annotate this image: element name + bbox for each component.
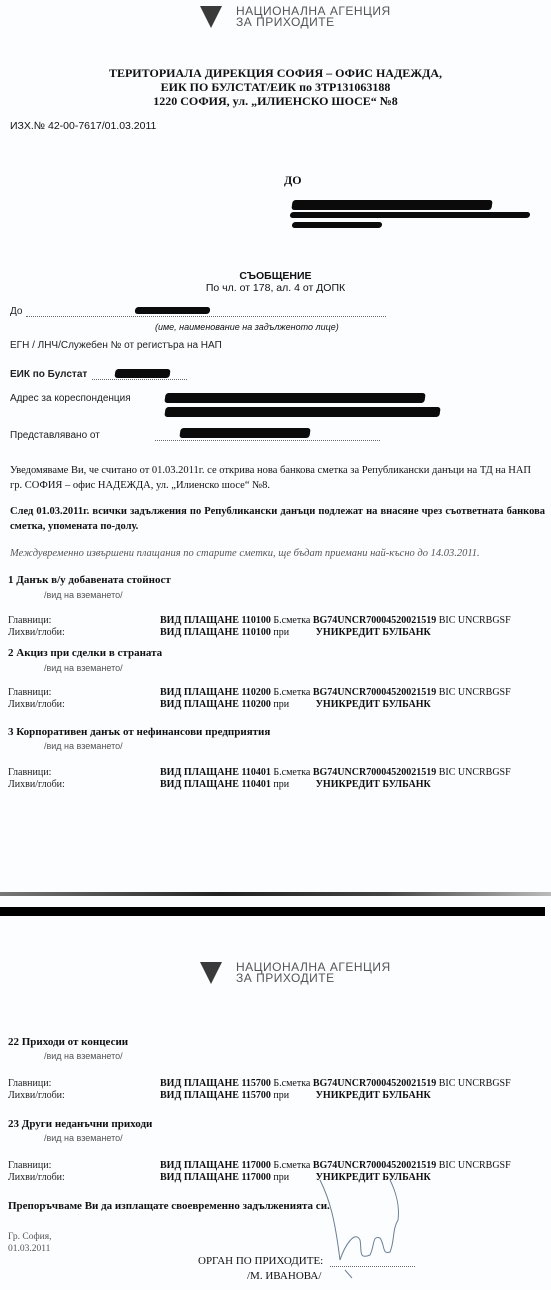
kind-hint: /вид на вземането/ xyxy=(44,1051,123,1061)
field-to-hint: (име, наименование на задълженото лице) xyxy=(155,322,339,332)
interest-payment-line: ВИД ПЛАЩАНЕ 110200 при УНИКРЕДИТ БУЛБАНК xyxy=(160,699,431,710)
kind-hint: /вид на вземането/ xyxy=(44,1133,123,1143)
body-paragraph-1: Уведомяваме Ви, че считано от 01.03.2011… xyxy=(10,463,545,493)
interest-payment-line: ВИД ПЛАЩАНЕ 115700 при УНИКРЕДИТ БУЛБАНК xyxy=(160,1090,431,1101)
agency-logo-page-2: НАЦИОНАЛНА АГЕНЦИЯ ЗА ПРИХОДИТЕ xyxy=(200,962,391,984)
kind-hint: /вид на вземането/ xyxy=(44,590,123,600)
section-title: 1 Данък в/у добавената стойност xyxy=(8,574,171,586)
agency-logo: НАЦИОНАЛНА АГЕНЦИЯ ЗА ПРИХОДИТЕ xyxy=(200,6,391,28)
closing-recommendation: Препоръчваме Ви да изплащате своевременн… xyxy=(8,1200,330,1212)
page-edge-shadow xyxy=(0,892,551,896)
redacted-address-line2 xyxy=(164,407,440,417)
section-title: 22 Приходи от концесии xyxy=(8,1036,128,1048)
redacted-recipient-line2 xyxy=(292,222,383,228)
agency-name: НАЦИОНАЛНА АГЕНЦИЯ ЗА ПРИХОДИТЕ xyxy=(236,962,391,984)
principal-label: Главници: xyxy=(8,1160,51,1171)
interest-label: Лихви/глоби: xyxy=(8,1172,65,1183)
section-title: 23 Други неданъчни приходи xyxy=(8,1118,152,1130)
field-to-label: До xyxy=(10,306,22,317)
body-paragraph-2: След 01.03.2011г. всички задължения по Р… xyxy=(10,504,545,534)
redacted-name xyxy=(135,307,211,314)
recipient-to-label: ДО xyxy=(284,173,302,188)
nra-triangle-logo-icon xyxy=(200,6,222,28)
field-eik-label: ЕИК по Булстат xyxy=(10,369,87,380)
section-title: 2 Акциз при сделки в страната xyxy=(8,647,162,659)
redacted-address xyxy=(164,393,425,403)
principal-label: Главници: xyxy=(8,767,51,778)
field-represented-label: Представлявано от xyxy=(10,430,100,441)
principal-label: Главници: xyxy=(8,687,51,698)
handwritten-signature xyxy=(300,1160,410,1285)
interest-payment-line: ВИД ПЛАЩАНЕ 110100 при УНИКРЕДИТ БУЛБАНК xyxy=(160,627,431,638)
agency-name: НАЦИОНАЛНА АГЕНЦИЯ ЗА ПРИХОДИТЕ xyxy=(236,6,391,28)
interest-label: Лихви/глоби: xyxy=(8,699,65,710)
page-separator xyxy=(0,907,545,916)
place-date: Гр. София, 01.03.2011 xyxy=(8,1231,51,1255)
redacted-recipient-line xyxy=(290,212,531,218)
kind-hint: /вид на вземането/ xyxy=(44,741,123,751)
principal-label: Главници: xyxy=(8,615,51,626)
redacted-eik xyxy=(114,369,170,378)
nra-triangle-logo-icon xyxy=(200,962,222,984)
notice-heading: СЪОБЩЕНИЕ По чл. от 178, ал. 4 от ДОПК xyxy=(0,270,551,294)
principal-label: Главници: xyxy=(8,1078,51,1089)
interest-label: Лихви/глоби: xyxy=(8,779,65,790)
principal-payment-line: ВИД ПЛАЩАНЕ 115700 Б.сметка BG74UNCR7000… xyxy=(160,1078,511,1089)
reference-number: ИЗХ.№ 42-00-7617/01.03.2011 xyxy=(10,120,156,132)
field-address-label: Адрес за кореспонденция xyxy=(10,393,131,404)
office-header: ТЕРИТОРИАЛА ДИРЕКЦИЯ СОФИЯ – ОФИС НАДЕЖД… xyxy=(0,66,551,108)
interest-label: Лихви/глоби: xyxy=(8,1090,65,1101)
redacted-recipient xyxy=(291,200,492,210)
body-paragraph-3: Междувременно извършени плащания по стар… xyxy=(10,548,550,559)
interest-label: Лихви/глоби: xyxy=(8,627,65,638)
principal-payment-line: ВИД ПЛАЩАНЕ 110401 Б.сметка BG74UNCR7000… xyxy=(160,767,511,778)
field-egn-label: ЕГН / ЛНЧ/Служебен № от регистъра на НАП xyxy=(10,340,222,351)
section-title: 3 Корпоративен данък от нефинансови пред… xyxy=(8,726,270,738)
redacted-representative xyxy=(179,428,310,438)
interest-payment-line: ВИД ПЛАЩАНЕ 110401 при УНИКРЕДИТ БУЛБАНК xyxy=(160,779,431,790)
principal-payment-line: ВИД ПЛАЩАНЕ 110100 Б.сметка BG74UNCR7000… xyxy=(160,615,511,626)
principal-payment-line: ВИД ПЛАЩАНЕ 110200 Б.сметка BG74UNCR7000… xyxy=(160,687,511,698)
kind-hint: /вид на вземането/ xyxy=(44,663,123,673)
